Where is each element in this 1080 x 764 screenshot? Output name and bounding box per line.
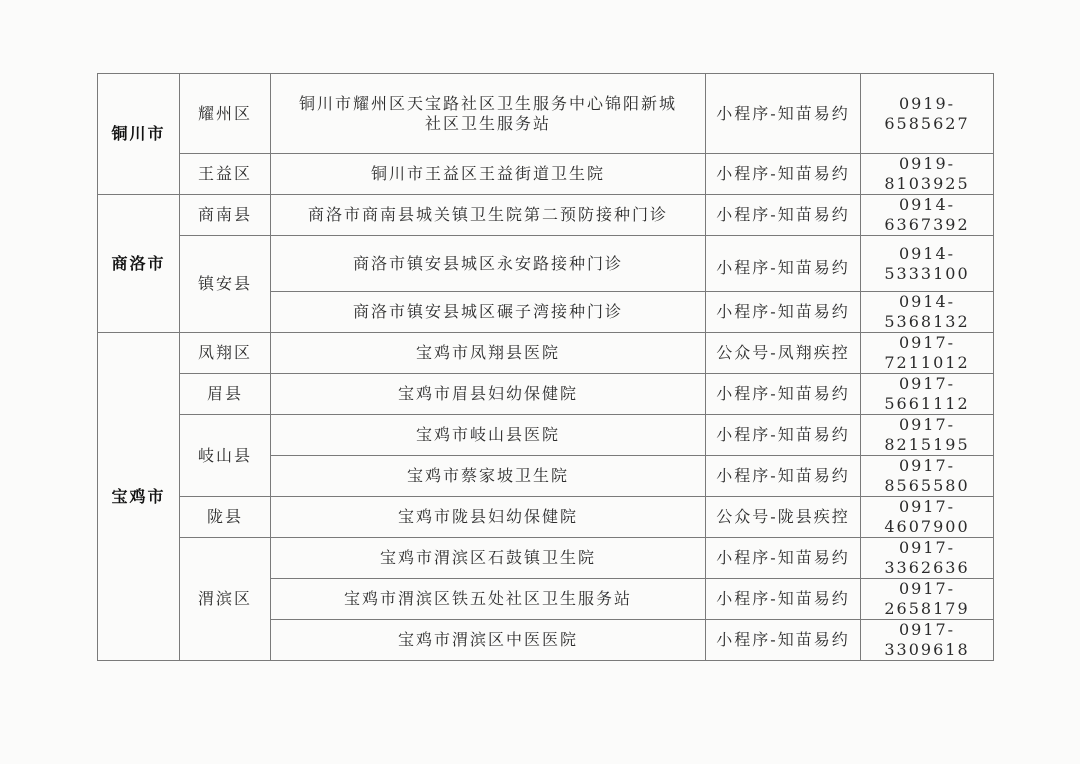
site-name-cell: 宝鸡市岐山县医院 [271, 415, 706, 456]
booking-channel-cell: 小程序-知苗易约 [706, 374, 861, 415]
booking-channel-cell: 小程序-知苗易约 [706, 538, 861, 579]
phone-cell: 0917-5661112 [861, 374, 994, 415]
table-row: 宝鸡市 凤翔区 宝鸡市凤翔县医院 公众号-凤翔疾控 0917-7211012 [98, 333, 994, 374]
district-cell: 商南县 [180, 195, 271, 236]
table-row: 眉县 宝鸡市眉县妇幼保健院 小程序-知苗易约 0917-5661112 [98, 374, 994, 415]
booking-channel-cell: 小程序-知苗易约 [706, 579, 861, 620]
booking-channel-cell: 小程序-知苗易约 [706, 456, 861, 497]
district-cell: 耀州区 [180, 74, 271, 154]
site-name-cell: 铜川市耀州区天宝路社区卫生服务中心锦阳新城 社区卫生服务站 [271, 74, 706, 154]
phone-cell: 0917-4607900 [861, 497, 994, 538]
city-cell: 铜川市 [98, 74, 180, 195]
site-name-cell: 商洛市镇安县城区碾子湾接种门诊 [271, 292, 706, 333]
site-name-line-2: 社区卫生服务站 [275, 114, 701, 134]
booking-channel-cell: 公众号-凤翔疾控 [706, 333, 861, 374]
phone-cell: 0917-8215195 [861, 415, 994, 456]
site-name-cell: 宝鸡市眉县妇幼保健院 [271, 374, 706, 415]
booking-channel-cell: 小程序-知苗易约 [706, 74, 861, 154]
table-row: 渭滨区 宝鸡市渭滨区石鼓镇卫生院 小程序-知苗易约 0917-3362636 [98, 538, 994, 579]
district-cell: 王益区 [180, 154, 271, 195]
district-cell: 陇县 [180, 497, 271, 538]
table-row: 陇县 宝鸡市陇县妇幼保健院 公众号-陇县疾控 0917-4607900 [98, 497, 994, 538]
table-row: 王益区 铜川市王益区王益街道卫生院 小程序-知苗易约 0919-8103925 [98, 154, 994, 195]
booking-channel-cell: 小程序-知苗易约 [706, 620, 861, 661]
table-row: 铜川市 耀州区 铜川市耀州区天宝路社区卫生服务中心锦阳新城 社区卫生服务站 小程… [98, 74, 994, 154]
district-cell: 眉县 [180, 374, 271, 415]
table-row: 镇安县 商洛市镇安县城区永安路接种门诊 小程序-知苗易约 0914-533310… [98, 236, 994, 292]
district-cell: 镇安县 [180, 236, 271, 333]
phone-cell: 0919-6585627 [861, 74, 994, 154]
booking-channel-cell: 小程序-知苗易约 [706, 236, 861, 292]
site-name-cell: 宝鸡市蔡家坡卫生院 [271, 456, 706, 497]
phone-cell: 0914-6367392 [861, 195, 994, 236]
district-cell: 凤翔区 [180, 333, 271, 374]
city-cell: 宝鸡市 [98, 333, 180, 661]
district-cell: 渭滨区 [180, 538, 271, 661]
phone-cell: 0917-3309618 [861, 620, 994, 661]
booking-channel-cell: 小程序-知苗易约 [706, 195, 861, 236]
booking-channel-cell: 小程序-知苗易约 [706, 154, 861, 195]
phone-cell: 0917-7211012 [861, 333, 994, 374]
site-name-cell: 宝鸡市陇县妇幼保健院 [271, 497, 706, 538]
phone-cell: 0917-2658179 [861, 579, 994, 620]
table-row: 商洛市 商南县 商洛市商南县城关镇卫生院第二预防接种门诊 小程序-知苗易约 09… [98, 195, 994, 236]
phone-cell: 0917-3362636 [861, 538, 994, 579]
phone-cell: 0914-5368132 [861, 292, 994, 333]
booking-channel-cell: 小程序-知苗易约 [706, 292, 861, 333]
district-cell: 岐山县 [180, 415, 271, 497]
table-row: 岐山县 宝鸡市岐山县医院 小程序-知苗易约 0917-8215195 [98, 415, 994, 456]
site-name-cell: 商洛市商南县城关镇卫生院第二预防接种门诊 [271, 195, 706, 236]
site-name-cell: 宝鸡市凤翔县医院 [271, 333, 706, 374]
site-name-line-1: 铜川市耀州区天宝路社区卫生服务中心锦阳新城 [275, 94, 701, 114]
site-name-cell: 宝鸡市渭滨区石鼓镇卫生院 [271, 538, 706, 579]
site-name-cell: 宝鸡市渭滨区中医医院 [271, 620, 706, 661]
site-name-cell: 宝鸡市渭滨区铁五处社区卫生服务站 [271, 579, 706, 620]
vaccination-sites-table: 铜川市 耀州区 铜川市耀州区天宝路社区卫生服务中心锦阳新城 社区卫生服务站 小程… [97, 73, 994, 661]
phone-cell: 0917-8565580 [861, 456, 994, 497]
booking-channel-cell: 公众号-陇县疾控 [706, 497, 861, 538]
booking-channel-cell: 小程序-知苗易约 [706, 415, 861, 456]
phone-cell: 0919-8103925 [861, 154, 994, 195]
phone-cell: 0914-5333100 [861, 236, 994, 292]
site-name-cell: 商洛市镇安县城区永安路接种门诊 [271, 236, 706, 292]
city-cell: 商洛市 [98, 195, 180, 333]
site-name-cell: 铜川市王益区王益街道卫生院 [271, 154, 706, 195]
